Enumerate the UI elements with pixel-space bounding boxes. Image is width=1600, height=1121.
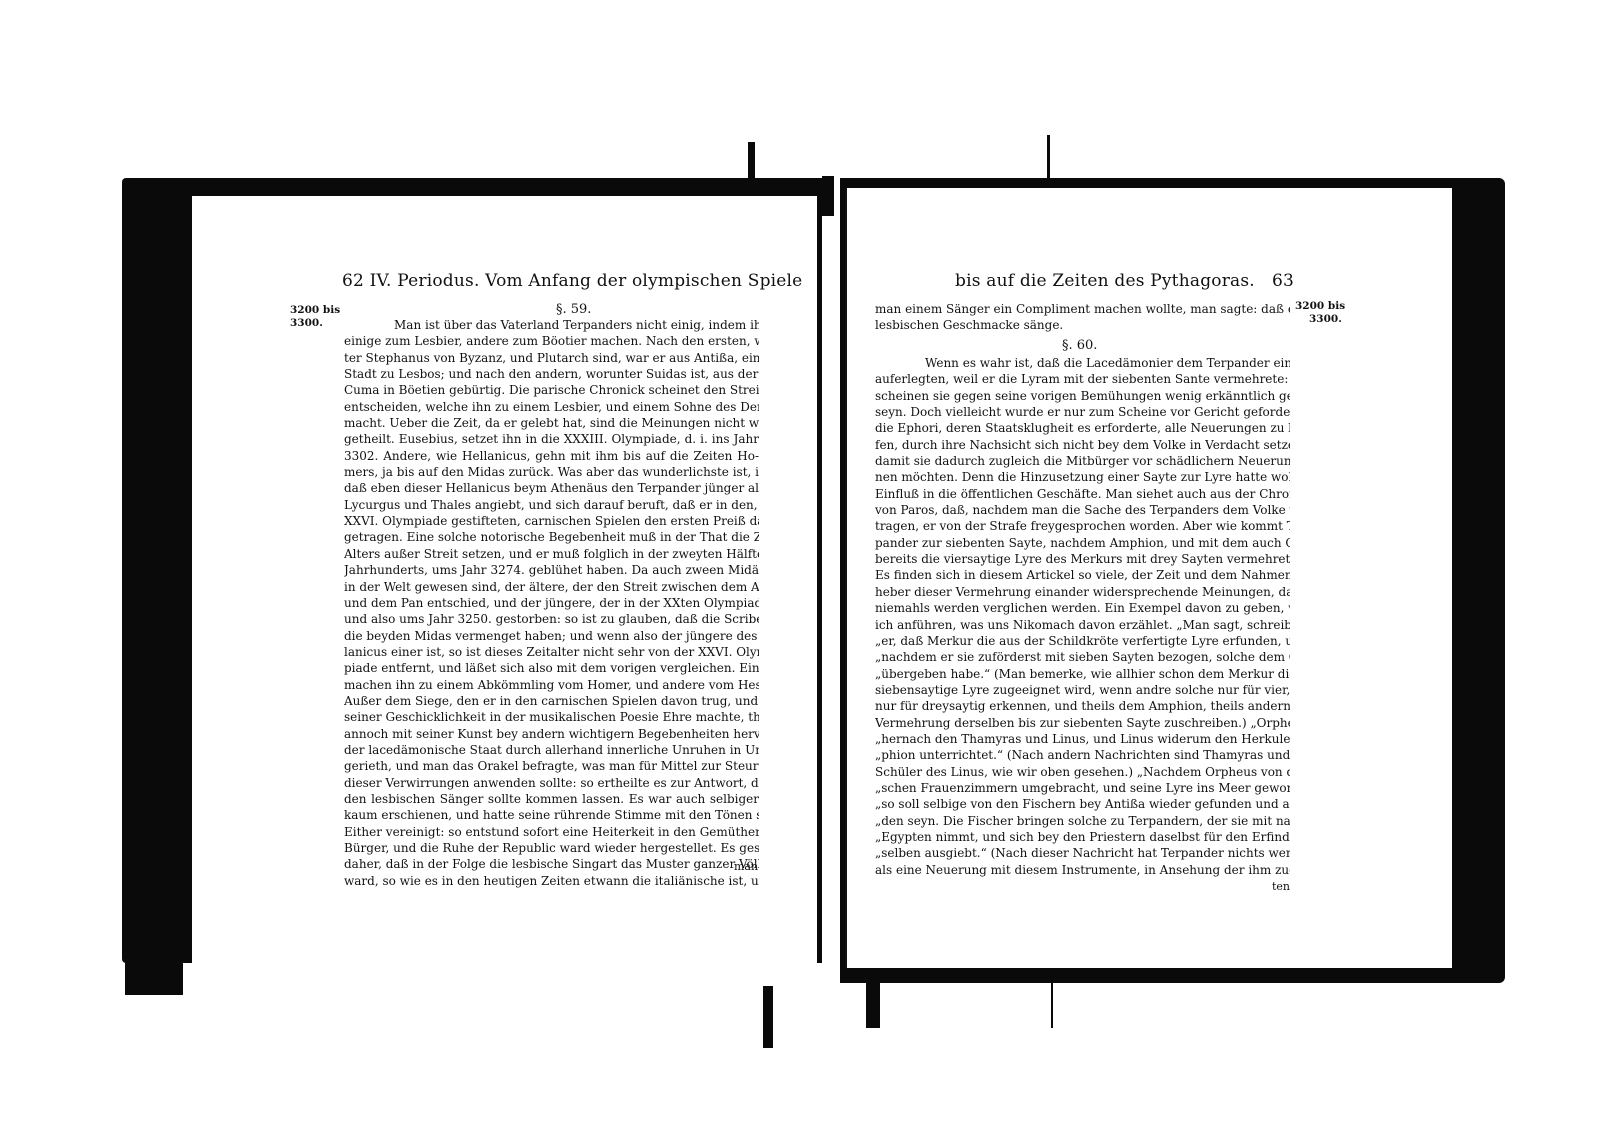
- text-line: XXVI. Olympiade gestifteten, carnischen …: [344, 513, 759, 529]
- right-catchword: ten: [1272, 880, 1290, 893]
- text-line: nur für dreysaytig erkennen, und theils …: [875, 698, 1290, 714]
- text-line: von Paros, daß, nachdem man die Sache de…: [875, 502, 1290, 518]
- text-line: nen möchten. Denn die Hinzusetzung einer…: [875, 469, 1290, 485]
- text-line: „er, daß Merkur die aus der Schildkröte …: [875, 633, 1290, 649]
- text-line: „schen Frauenzimmern umgebracht, und sei…: [875, 780, 1290, 796]
- text-line: mers, ja bis auf den Midas zurück. Was a…: [344, 464, 759, 480]
- text-line: Vermehrung derselben bis zur siebenten S…: [875, 715, 1290, 731]
- right-carryover-text: man einem Sänger ein Compliment machen w…: [875, 301, 1290, 334]
- gutter-mark-bottom-right: [866, 968, 880, 1028]
- right-running-head: bis auf die Zeiten des Pythagoras.: [955, 271, 1255, 291]
- text-line: scheinen sie gegen seine vorigen Bemühun…: [875, 388, 1290, 404]
- gutter-mark-top-center: [822, 176, 834, 216]
- text-line: siebensaytige Lyre zugeeignet wird, wenn…: [875, 682, 1290, 698]
- text-line: „den seyn. Die Fischer bringen solche zu…: [875, 813, 1290, 829]
- text-line: macht. Ueber die Zeit, da er gelebt hat,…: [344, 415, 759, 431]
- text-line: Außer dem Siege, den er in den carnische…: [344, 693, 759, 709]
- text-line: dieser Verwirrungen anwenden sollte: so …: [344, 775, 759, 791]
- text-line: daher, daß in der Folge die lesbische Si…: [344, 856, 759, 872]
- right-page: bis auf die Zeiten des Pythagoras. 63 32…: [845, 188, 1452, 968]
- left-margin-date-note: 3200 bis 3300.: [290, 304, 340, 330]
- text-line: getheilt. Eusebius, setzet ihn in die XX…: [344, 431, 759, 447]
- text-line: ich anführen, was uns Nikomach davon erz…: [875, 617, 1290, 633]
- text-line: die Ephori, deren Staatsklugheit es erfo…: [875, 420, 1290, 436]
- text-line: die beyden Midas vermenget haben; und we…: [344, 628, 759, 644]
- text-line: „nachdem er sie zuförderst mit sieben Sa…: [875, 649, 1290, 665]
- text-line: Wenn es wahr ist, daß die Lacedämonier d…: [875, 355, 1290, 371]
- text-line: „Egypten nimmt, und sich bey den Prieste…: [875, 829, 1290, 845]
- text-line: pander zur siebenten Sayte, nachdem Amph…: [875, 535, 1290, 551]
- left-running-head: 62 IV. Periodus. Vom Anfang der olympisc…: [342, 271, 802, 291]
- text-line: in der Welt gewesen sind, der ältere, de…: [344, 579, 759, 595]
- text-line: Jahrhunderts, ums Jahr 3274. geblühet ha…: [344, 562, 759, 578]
- right-margin-date-note: 3200 bis 3300.: [1295, 300, 1345, 326]
- text-line: als eine Neuerung mit diesem Instrumente…: [875, 862, 1290, 878]
- gutter-mark-bottom-center: [1051, 968, 1053, 1028]
- text-line: heber dieser Vermehrung einander widersp…: [875, 584, 1290, 600]
- right-page-number: 63: [1272, 271, 1294, 291]
- text-line: entscheiden, welche ihn zu einem Lesbier…: [344, 399, 759, 415]
- text-line: Either vereinigt: so entstund sofort ein…: [344, 824, 759, 840]
- text-line: Alters außer Streit setzen, und er muß f…: [344, 546, 759, 562]
- text-line: damit sie dadurch zugleich die Mitbürger…: [875, 453, 1290, 469]
- text-line: Stadt zu Lesbos; und nach den andern, wo…: [344, 366, 759, 382]
- text-line: und dem Pan entschied, und der jüngere, …: [344, 595, 759, 611]
- text-line: 3302. Andere, wie Hellanicus, gehn mit i…: [344, 448, 759, 464]
- text-line: den lesbischen Sänger sollte kommen lass…: [344, 791, 759, 807]
- text-line: auferlegten, weil er die Lyram mit der s…: [875, 371, 1290, 387]
- text-line: seiner Geschicklichkeit in der musikalis…: [344, 709, 759, 725]
- text-line: Lycurgus und Thales angiebt, und sich da…: [344, 497, 759, 513]
- section-number-59: §. 59.: [556, 302, 591, 317]
- text-line: piade entfernt, und läßet sich also mit …: [344, 660, 759, 676]
- gutter-mark-top-left: [748, 142, 755, 192]
- text-line: niemahls werden verglichen werden. Ein E…: [875, 600, 1290, 616]
- text-line: daß eben dieser Hellanicus beym Athenäus…: [344, 480, 759, 496]
- left-catchword: man: [734, 860, 758, 873]
- text-line: fen, durch ihre Nachsicht sich nicht bey…: [875, 437, 1290, 453]
- text-line: und also ums Jahr 3250. gestorben: so is…: [344, 611, 759, 627]
- text-line: Schüler des Linus, wie wir oben gesehen.…: [875, 764, 1290, 780]
- text-line: machen ihn zu einem Abkömmling vom Homer…: [344, 677, 759, 693]
- text-line: „so soll selbige von den Fischern bey An…: [875, 796, 1290, 812]
- text-line: Man ist über das Vaterland Terpanders ni…: [344, 317, 759, 333]
- text-line: kaum erschienen, und hatte seine rührend…: [344, 807, 759, 823]
- scanned-book-spread: 62 IV. Periodus. Vom Anfang der olympisc…: [0, 0, 1600, 1121]
- text-line: einige zum Lesbier, andere zum Böotier m…: [344, 333, 759, 349]
- text-line: „selben ausgiebt.“ (Nach dieser Nachrich…: [875, 845, 1290, 861]
- left-body-text: Man ist über das Vaterland Terpanders ni…: [344, 317, 759, 889]
- text-line: „übergeben habe.“ (Man bemerke, wie allh…: [875, 666, 1290, 682]
- text-line: „phion unterrichtet.“ (Nach andern Nachr…: [875, 747, 1290, 763]
- text-line: Einfluß in die öffentlichen Geschäfte. M…: [875, 486, 1290, 502]
- text-line: ward, so wie es in den heutigen Zeiten e…: [344, 873, 759, 889]
- left-page: 62 IV. Periodus. Vom Anfang der olympisc…: [192, 196, 817, 986]
- text-line: der lacedämonische Staat durch allerhand…: [344, 742, 759, 758]
- section-number-60: §. 60.: [1062, 338, 1097, 353]
- left-cover-board-corner: [125, 960, 183, 995]
- text-line: lesbischen Geschmacke sänge.: [875, 317, 1290, 333]
- gutter-mark-top-right: [1047, 135, 1050, 190]
- text-line: Es finden sich in diesem Artickel so vie…: [875, 567, 1290, 583]
- text-line: getragen. Eine solche notorische Begeben…: [344, 529, 759, 545]
- text-line: ter Stephanus von Byzanz, und Plutarch s…: [344, 350, 759, 366]
- text-line: Bürger, und die Ruhe der Republic ward w…: [344, 840, 759, 856]
- text-line: man einem Sänger ein Compliment machen w…: [875, 301, 1290, 317]
- text-line: tragen, er von der Strafe freygesprochen…: [875, 518, 1290, 534]
- text-line: „hernach den Thamyras und Linus, und Lin…: [875, 731, 1290, 747]
- text-line: seyn. Doch vielleicht wurde er nur zum S…: [875, 404, 1290, 420]
- text-line: Cuma in Böetien gebürtig. Die parische C…: [344, 382, 759, 398]
- text-line: gerieth, und man das Orakel befragte, wa…: [344, 758, 759, 774]
- text-line: lanicus einer ist, so ist dieses Zeitalt…: [344, 644, 759, 660]
- right-body-text: Wenn es wahr ist, daß die Lacedämonier d…: [875, 355, 1290, 878]
- text-line: bereits die viersaytige Lyre des Merkurs…: [875, 551, 1290, 567]
- text-line: annoch mit seiner Kunst bey andern wicht…: [344, 726, 759, 742]
